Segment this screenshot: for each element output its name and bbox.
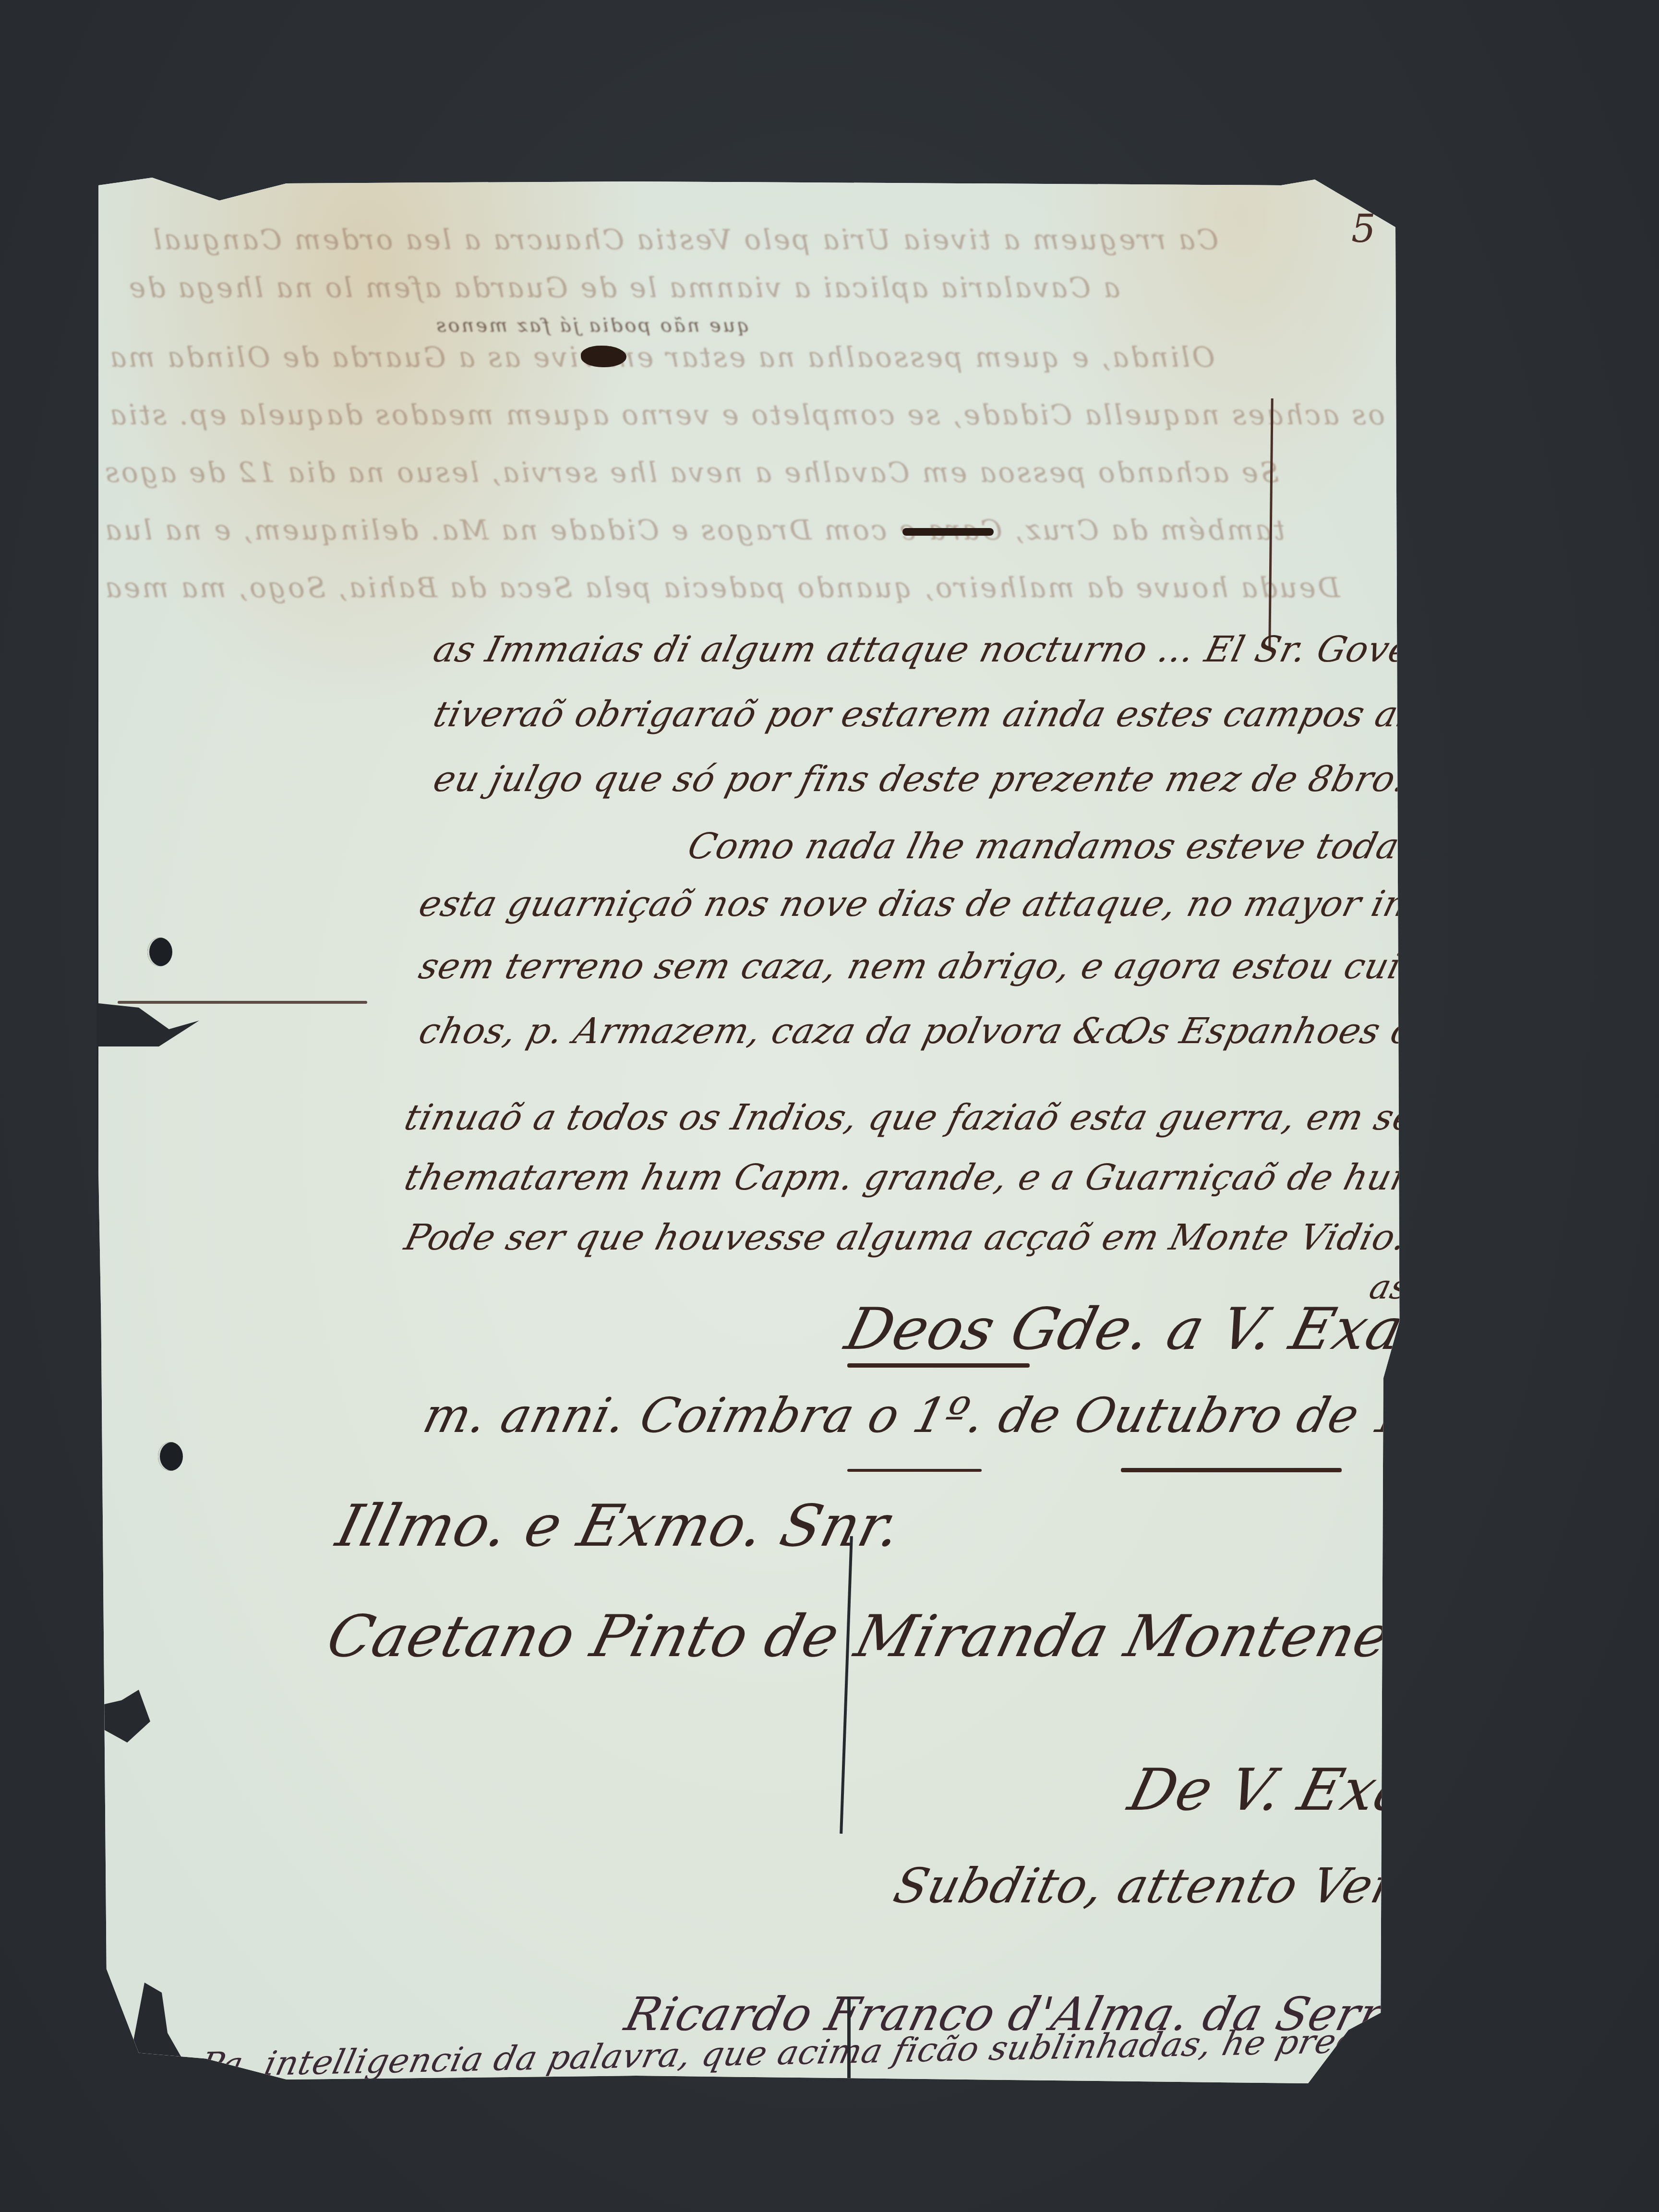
- bleed-through-line: Deuda houve da malheiro, quando padecia …: [103, 571, 1340, 604]
- body-line-1: as Immaias di algum attaque nocturno ...…: [429, 629, 1659, 670]
- body-line-9: tinuaõ a todos os Indios, que faziaõ est…: [400, 1097, 1659, 1138]
- paper-crack: [840, 1536, 853, 1834]
- body-line-3: eu julgo que só por fins deste prezente …: [429, 758, 1659, 800]
- manuscript-sheet: Ca rreguem a tiveia Uria pelo Vestia Cha…: [98, 178, 1443, 2083]
- bleed-through-line: Ca rreguem a tiveia Uria pelo Vestia Cha…: [151, 223, 1218, 256]
- subscription: Subdito, attento Venerador: [888, 1858, 1576, 1914]
- left-edge-tear: [98, 1690, 156, 1743]
- left-edge-tear: [98, 1003, 199, 1046]
- body-line-10: thematarem hum Capm. grande, e a Guarniç…: [400, 1157, 1659, 1198]
- closing-salutation: Deos Gde. a V. Exa.: [839, 1296, 1429, 1363]
- page-number-mark: 5: [1351, 206, 1376, 251]
- punch-hole-upper: [147, 938, 172, 966]
- body-line-8: Os Espanhoes con-: [1116, 1010, 1475, 1052]
- marginal-note: as: [1366, 1267, 1414, 1307]
- salutation-flourish-line: [847, 1363, 1030, 1368]
- ink-blot: [581, 346, 626, 367]
- year-underline: [1121, 1468, 1342, 1472]
- bleed-through-line: que não podia já faz menos: [434, 314, 749, 337]
- paper-crack: [847, 1997, 851, 2083]
- body-line-4: Como nada lhe mandamos esteve toda: [684, 826, 1404, 867]
- bleed-through-line: Olinda, e quem pessoalha na estar em viv…: [108, 341, 1215, 373]
- addressee-name: Caetano Pinto de Miranda Montenegro: [321, 1603, 1498, 1670]
- addressee-title: Illmo. e Exmo. Snr.: [330, 1493, 909, 1560]
- body-line-11: Pode ser que houvesse alguma acçaõ em Mo…: [400, 1217, 1411, 1258]
- date-underline: [847, 1469, 982, 1472]
- bleed-through-line: Se achando pessoa em Cavalhe a neva lhe …: [103, 456, 1279, 489]
- body-line-2: tiveraõ obrigaraõ por estarem ainda este…: [429, 694, 1659, 735]
- bleed-through-line: a Cavalaria aplicai a vianma le de Guard…: [127, 271, 1120, 304]
- body-line-6: sem terreno sem caza, nem abrigo, e agor…: [415, 946, 1659, 987]
- body-line-5: esta guarniçaõ nos nove dias de attaque,…: [415, 883, 1659, 925]
- strike-line: [118, 1001, 367, 1004]
- punch-hole-lower: [158, 1442, 183, 1471]
- bleed-through-line: também da Cruz, Cara e com Dragos e Cida…: [103, 514, 1285, 546]
- honorific: De V. Exa.: [1122, 1757, 1438, 1824]
- place-date: m. anni. Coimbra o 1º. de Outubro de 180…: [418, 1387, 1521, 1443]
- left-edge-tear: [127, 1983, 185, 2083]
- body-line-7: chos, p. Armazem, caza da polvora &c.: [415, 1010, 1143, 1052]
- ink-blot: [902, 528, 994, 536]
